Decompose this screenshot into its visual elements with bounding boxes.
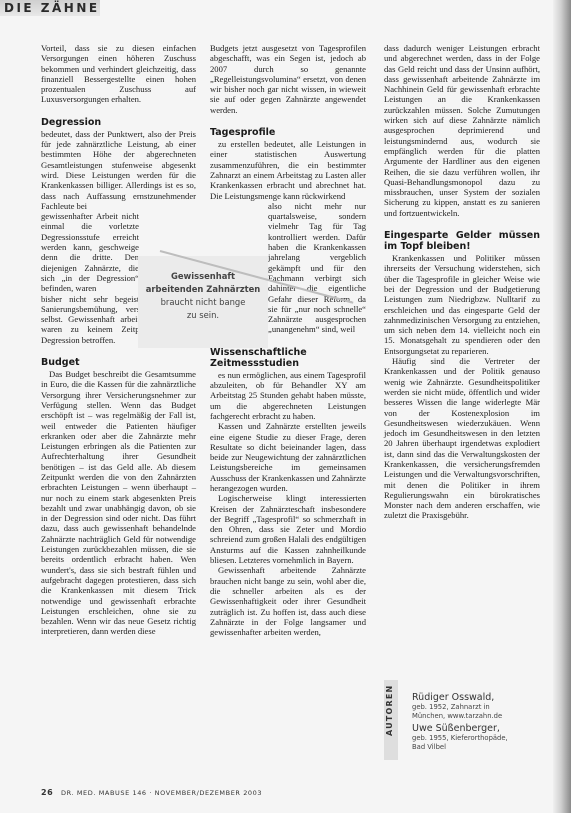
author-info: geb. 1952, Zahnarzt in [412,703,542,712]
paragraph: Budgets jetzt ausgesetzt von Tagesprofil… [210,43,366,115]
section-title: DIE ZÄHNE [4,1,100,15]
author-info: Bad Vilbel [412,743,542,752]
column-3: dass dadurch weniger Leistungen erbracht… [384,43,540,521]
heading-zeitmessstudien: Wissenschaftliche Zeitmessstudien [210,347,366,369]
magazine-page: DIE ZÄHNE Vorteil, dass sie zu diesen ei… [0,0,571,813]
paragraph: bedeutet, dass der Punktwert, also der P… [41,129,196,211]
heading-budget: Budget [41,357,196,368]
authors-box: AUTOREN Rüdiger Osswald, geb. 1952, Zahn… [384,680,534,760]
heading-tagesprofile: Tagesprofile [210,127,366,138]
authors-label-bar: AUTOREN [384,680,398,760]
pull-quote-line: Gewissenhaft [138,270,268,283]
paragraph: Häufig sind die Vertreter der Krankenkas… [384,356,540,521]
pull-quote-line: zu sein. [138,309,268,322]
pull-quote-line: braucht nicht bange [138,296,268,309]
heading-degression: Degression [41,117,196,128]
pull-quote: Gewissenhaft arbeitenden Zahnärzten brau… [138,256,268,348]
paragraph: Kassen und Zahnärzte erstellten jeweils … [210,421,366,493]
paragraph: dass dadurch weniger Leistungen erbracht… [384,43,540,218]
page-footer: 26 DR. MED. MABUSE 146 · NOVEMBER/DEZEMB… [41,788,262,797]
page-number: 26 [41,788,53,797]
paragraph: also nicht mehr nur quartalsweise, sonde… [268,201,366,335]
author-entry: Rüdiger Osswald, geb. 1952, Zahnarzt in … [412,692,542,720]
heading-eingesparte-gelder: Eingesparte Gelder müssen im Topf bleibe… [384,230,540,252]
authors-list: Rüdiger Osswald, geb. 1952, Zahnarzt in … [412,692,542,751]
paragraph: gewissenhafter Arbeit nicht einmal die v… [41,211,139,293]
publication-info: DR. MED. MABUSE 146 · NOVEMBER/DEZEMBER … [61,789,262,797]
paragraph: Logischerweise klingt interessierten Kre… [210,493,366,565]
author-name: Rüdiger Osswald, [412,692,542,703]
paragraph: Vorteil, dass sie zu diesen einfachen Ve… [41,43,196,105]
author-info: München, www.tarzahn.de [412,712,542,721]
author-entry: Uwe Süßenberger, geb. 1955, Kieferorthop… [412,723,542,751]
paragraph: Gewissenhaft arbeitende Zahnärzte brauch… [210,565,366,637]
paragraph: Das Budget beschreibt die Gesamtsumme in… [41,369,196,637]
paragraph: Krankenkassen und Politiker müssen ihrer… [384,253,540,356]
author-name: Uwe Süßenberger, [412,723,542,734]
wrapped-text-block: also nicht mehr nur quartalsweise, sonde… [268,201,366,335]
paragraph: es nun ermöglichen, aus einem Tagesprofi… [210,370,366,421]
pull-quote-line: arbeitenden Zahnärzten [138,283,268,296]
wrapped-text-block: gewissenhafter Arbeit nicht einmal die v… [41,211,139,293]
authors-label: AUTOREN [385,685,394,736]
paragraph: zu erstellen bedeutet, alle Leistungen i… [210,139,366,201]
book-spine-shadow [553,0,571,813]
author-info: geb. 1955, Kieferorthopäde, [412,734,542,743]
